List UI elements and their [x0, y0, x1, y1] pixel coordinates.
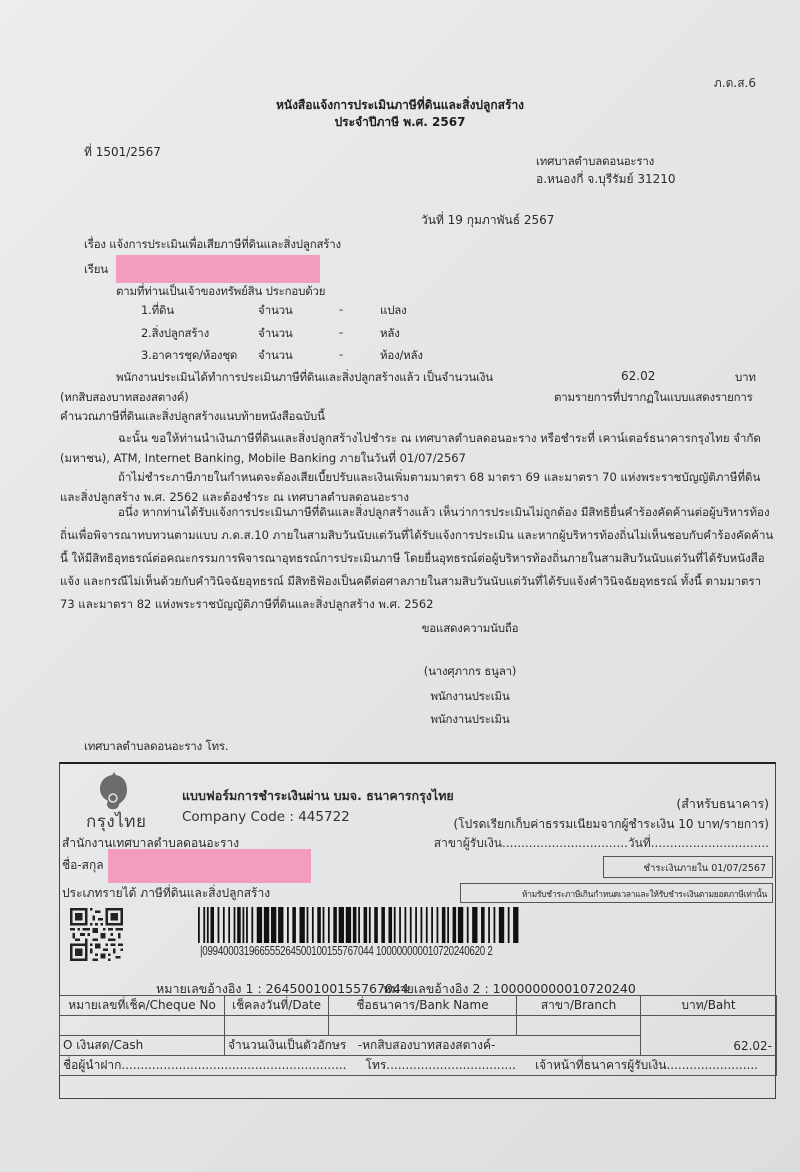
asset-unit: ห้อง/หลัง — [380, 347, 423, 365]
asset-count: - — [339, 325, 343, 339]
warning-box: ห้ามรับชำระภาษีเกินกำหนดเวลาและให้รับชำร… — [460, 883, 773, 903]
slip-title: แบบฟอร์มการชำระเงินผ่าน บมจ. ธนาคารกรุงไ… — [182, 786, 454, 806]
asset-item: 3.อาคารชุด/ห้องชุด — [141, 347, 237, 365]
bank-name-cell[interactable] — [329, 1016, 517, 1036]
qr-code-icon — [70, 908, 123, 961]
barcode-icon — [198, 907, 522, 943]
income-type: ประเภทรายได้ ภาษีที่ดินและสิ่งปลูกสร้าง — [62, 884, 270, 903]
payment-slip: กรุงไทย แบบฟอร์มการชำระเงินผ่าน บมจ. ธนา… — [59, 762, 776, 1099]
asset-label: จำนวน — [258, 325, 293, 343]
issuer-office: เทศบาลตำบลดอนอะราง — [536, 153, 654, 171]
header-date: เช็คลงวันที่/Date — [225, 996, 329, 1016]
header-bank-name: ชื่อธนาคาร/Bank Name — [329, 996, 517, 1016]
assessment-text: พนักงานประเมินได้ทำการประเมินภาษีที่ดินแ… — [116, 369, 493, 387]
asset-item: 1.ที่ดิน — [141, 302, 174, 320]
document-number: ที่ 1501/2567 — [84, 143, 161, 162]
assessment-calc-line: คำนวณภาษีที่ดินและสิ่งปลูกสร้างแนบท้ายหน… — [60, 408, 325, 426]
asset-label: จำนวน — [258, 302, 293, 320]
branch-cell[interactable] — [517, 1016, 641, 1036]
owner-intro: ตามที่ท่านเป็นเจ้าของทรัพย์สิน ประกอบด้ว… — [116, 283, 325, 301]
asset-count: - — [339, 302, 343, 316]
cheque-date-cell[interactable] — [225, 1016, 329, 1036]
subject-line: เรื่อง แจ้งการประเมินเพื่อเสียภาษีที่ดิน… — [84, 236, 341, 254]
asset-count: - — [339, 347, 343, 361]
amount-cell: 62.02- — [641, 1016, 777, 1056]
barcode-number: |099400031966555264500100155767044 10000… — [200, 944, 493, 958]
appeal-paragraph: อนึ่ง หากท่านได้รับแจ้งการประเมินภาษีที่… — [60, 501, 775, 616]
fee-note: (โปรดเรียกเก็บค่าธรรมเนียมจากผู้ชำระเงิน… — [453, 815, 769, 834]
asset-item: 2.สิ่งปลูกสร้าง — [141, 325, 209, 343]
signer-name: (นางศุภากร ธนูลา) — [0, 663, 800, 681]
asset-label: จำนวน — [258, 347, 293, 365]
payment-instruction-paragraph: ฉะนั้น ขอให้ท่านนำเงินภาษีที่ดินและสิ่งป… — [60, 428, 775, 468]
assessment-currency: บาท — [735, 369, 756, 387]
table-header-row: หมายเลขที่เช็ค/Cheque No เช็คลงวันที่/Da… — [60, 996, 777, 1016]
assessment-amount-words: (หกสิบสองบาทสองสตางค์) — [60, 389, 189, 407]
due-date-box: ชำระเงินภายใน 01/07/2567 — [603, 856, 773, 878]
recipient-label: เรียน — [84, 261, 108, 279]
company-code: Company Code : 445722 — [182, 809, 350, 825]
amount-in-words-cell: จำนวนเงินเป็นตัวอักษร -หกสิบสองบาทสองสตา… — [225, 1036, 641, 1056]
signer-position: พนักงานประเมิน — [0, 711, 800, 729]
payment-table: หมายเลขที่เช็ค/Cheque No เช็คลงวันที่/Da… — [59, 995, 777, 1076]
bank-officer-field[interactable]: เจ้าหน้าที่ธนาคารผู้รับเงิน.............… — [535, 1058, 758, 1072]
asset-unit: แปลง — [380, 302, 407, 320]
asset-unit: หลัง — [380, 325, 400, 343]
cash-option[interactable]: O เงินสด/Cash — [60, 1036, 225, 1056]
document-date: วันที่ 19 กุมภาพันธ์ 2567 — [421, 211, 554, 230]
document-subtitle: ประจำปีภาษี พ.ศ. 2567 — [0, 113, 800, 132]
header-cheque-no: หมายเลขที่เช็ค/Cheque No — [60, 996, 225, 1016]
form-code: ภ.ด.ส.6 — [714, 74, 756, 93]
depositor-field[interactable]: ชื่อผู้นำฝาก............................… — [63, 1058, 346, 1072]
signature-row: ชื่อผู้นำฝาก............................… — [60, 1056, 777, 1076]
issuer-address: อ.หนองกี่ จ.บุรีรัมย์ 31210 — [536, 170, 676, 189]
table-row: 62.02- — [60, 1016, 777, 1036]
cheque-no-cell[interactable] — [60, 1016, 225, 1036]
phone-field[interactable]: โทร.................................. — [366, 1058, 517, 1072]
assessment-amount: 62.02 — [621, 369, 655, 383]
header-branch: สาขา/Branch — [517, 996, 641, 1016]
bank-logo-text: กรุงไทย — [86, 808, 146, 835]
assessment-per-list: ตามรายการที่ปรากฏในแบบแสดงรายการ — [554, 389, 753, 407]
signer-position: พนักงานประเมิน — [0, 688, 800, 706]
redacted-payer-name — [108, 849, 311, 883]
closing-regards: ขอแสดงความนับถือ — [0, 620, 800, 638]
branch-date-field: สาขาผู้รับเงิน..........................… — [434, 834, 769, 853]
redacted-recipient-name — [116, 255, 320, 283]
contact-line: เทศบาลตำบลดอนอะราง โทร. — [84, 738, 228, 756]
for-bank-label: (สำหรับธนาคาร) — [676, 794, 769, 814]
header-baht: บาท/Baht — [641, 996, 777, 1016]
payer-name-label: ชื่อ-สกุล — [62, 856, 104, 875]
